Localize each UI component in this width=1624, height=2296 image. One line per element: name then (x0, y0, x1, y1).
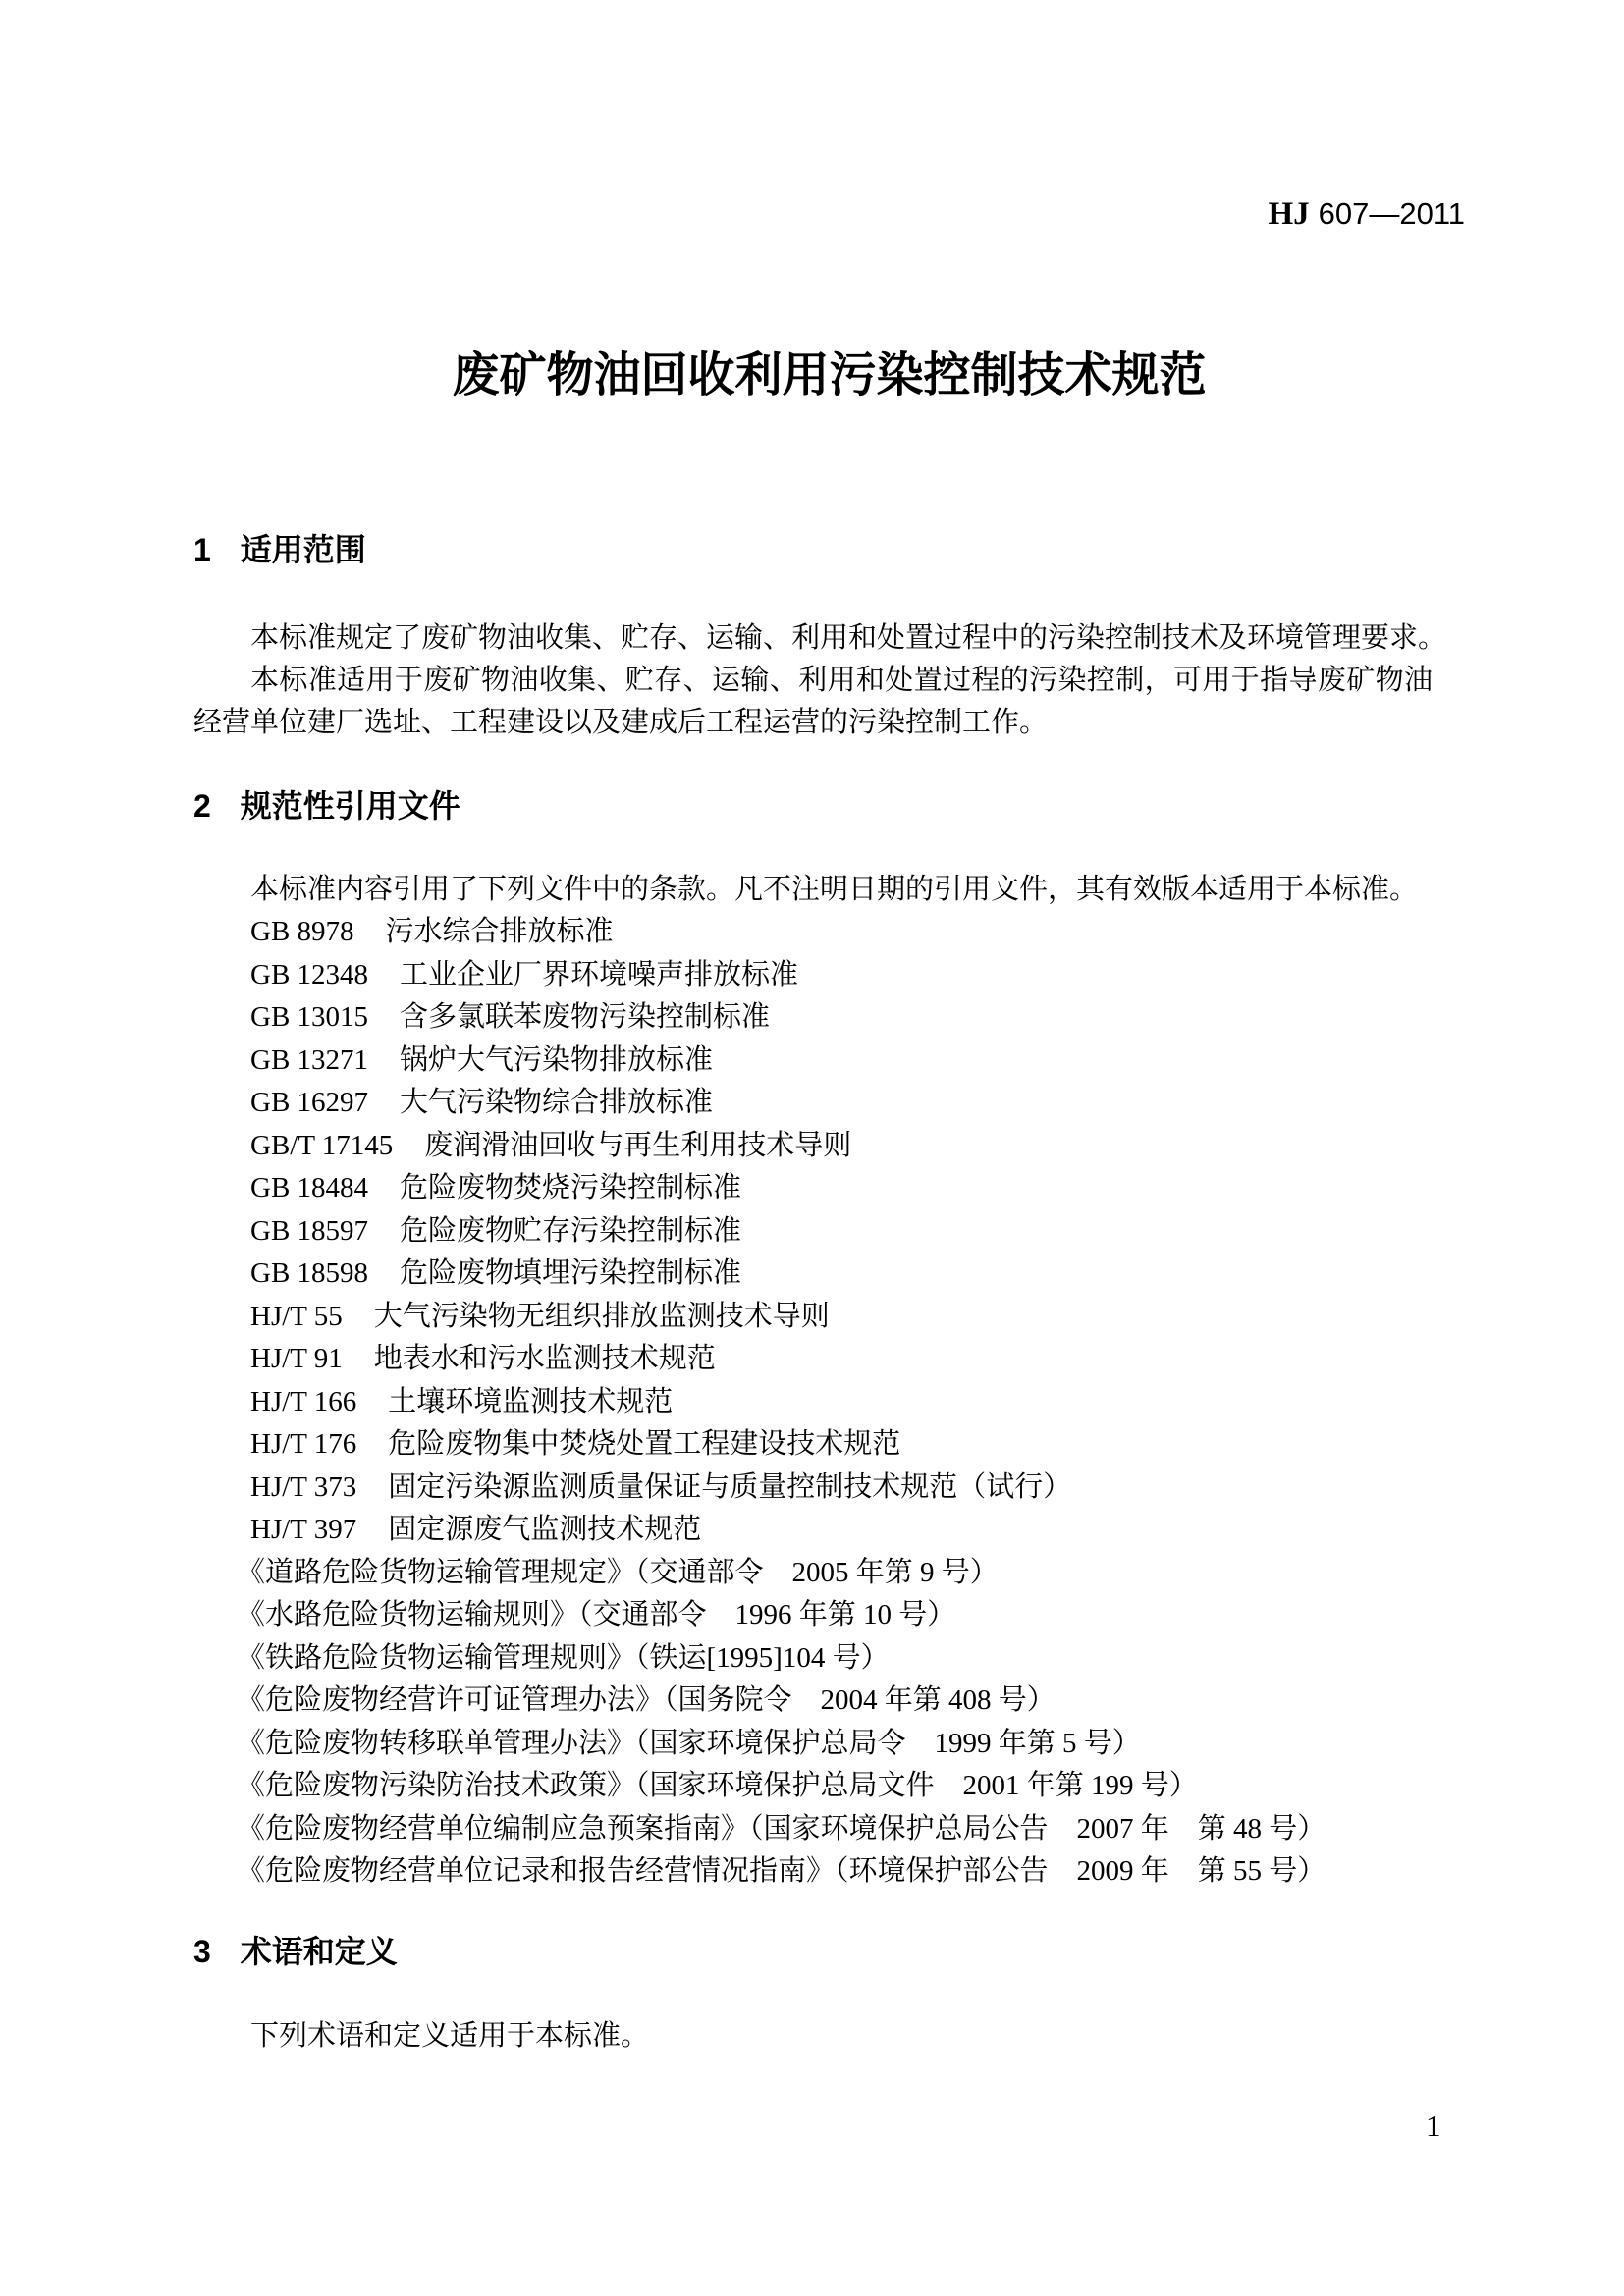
reference-item: GB 12348工业企业厂界环境噪声排放标准 (250, 954, 1588, 997)
reference-text: 《水路危险货物运输规则》（交通部令 1996 年第 10 号） (237, 1599, 955, 1630)
section-1-title: 适用范围 (241, 532, 366, 567)
reference-title: 含多氯联苯废物污染控制标准 (400, 1001, 770, 1033)
reference-code: HJ/T 397 (250, 1514, 356, 1545)
reference-title: 固定源废气监测技术规范 (388, 1514, 701, 1545)
reference-code: GB 8978 (250, 916, 354, 947)
reference-code: GB 13015 (250, 1001, 368, 1033)
standard-org-label: HJ (1268, 196, 1309, 232)
reference-title: 危险废物填埋污染控制标准 (400, 1257, 741, 1289)
section-3-heading: 3术语和定义 (193, 1933, 398, 1970)
reference-text: 《危险废物经营单位记录和报告经营情况指南》（环境保护部公告 2009 年 第 5… (237, 1855, 1326, 1887)
section-2-number: 2 (193, 788, 211, 824)
reference-item: GB 18598危险废物填埋污染控制标准 (250, 1253, 1588, 1296)
reference-title: 危险废物焚烧污染控制标准 (400, 1172, 741, 1203)
reference-item: 《危险废物经营单位记录和报告经营情况指南》（环境保护部公告 2009 年 第 5… (237, 1850, 1588, 1894)
document-page: HJ607—2011 废矿物油回收利用污染控制技术规范 1适用范围 本标准规定了… (0, 0, 1624, 2296)
reference-item: HJ/T 166土壤环境监测技术规范 (250, 1381, 1588, 1424)
reference-item: 《危险废物经营单位编制应急预案指南》（国家环境保护总局公告 2007 年 第 4… (237, 1808, 1588, 1851)
reference-item: HJ/T 176危险废物集中焚烧处置工程建设技术规范 (250, 1423, 1588, 1467)
reference-title: 大气污染物综合排放标准 (400, 1087, 713, 1118)
reference-item: HJ/T 397固定源废气监测技术规范 (250, 1509, 1588, 1552)
section-3-number: 3 (193, 1934, 211, 1969)
reference-item: 《危险废物转移联单管理办法》（国家环境保护总局令 1999 年第 5 号） (237, 1723, 1588, 1766)
page-number: 1 (1426, 2109, 1441, 2144)
reference-item: GB 8978污水综合排放标准 (250, 911, 1588, 954)
reference-item: GB 18597危险废物贮存污染控制标准 (250, 1210, 1588, 1254)
reference-item: GB 13271锅炉大气污染物排放标准 (250, 1040, 1588, 1083)
standard-code-header: HJ607—2011 (1268, 196, 1465, 233)
reference-text: 《道路危险货物运输管理规定》（交通部令 2005 年第 9 号） (237, 1557, 999, 1588)
reference-code: HJ/T 91 (250, 1343, 343, 1374)
reference-text: 《危险废物污染防治技术政策》（国家环境保护总局文件 2001 年第 199 号） (237, 1770, 1198, 1801)
reference-code: GB 18598 (250, 1257, 368, 1289)
reference-title: 危险废物贮存污染控制标准 (400, 1215, 741, 1247)
reference-code: GB 13271 (250, 1044, 368, 1076)
reference-code: HJ/T 176 (250, 1428, 356, 1460)
reference-text: 《铁路危险货物运输管理规则》（铁运[1995]104 号） (237, 1642, 890, 1674)
reference-title: 地表水和污水监测技术规范 (374, 1343, 716, 1374)
reference-code: GB/T 17145 (250, 1130, 393, 1161)
section-2-title: 规范性引用文件 (241, 788, 460, 824)
section-3-paragraph: 下列术语和定义适用于本标准。 (193, 2015, 1466, 2057)
reference-code: GB 16297 (250, 1087, 368, 1118)
reference-item: 《铁路危险货物运输管理规则》（铁运[1995]104 号） (237, 1637, 1588, 1681)
reference-title: 固定污染源监测质量保证与质量控制技术规范（试行） (388, 1471, 1071, 1503)
section-2-intro-paragraph: 本标准内容引用了下列文件中的条款。凡不注明日期的引用文件，其有效版本适用于本标准… (193, 869, 1466, 911)
reference-text: 《危险废物经营单位编制应急预案指南》（国家环境保护总局公告 2007 年 第 4… (237, 1813, 1326, 1844)
reference-item: HJ/T 55大气污染物无组织排放监测技术导则 (250, 1296, 1588, 1339)
reference-code: HJ/T 166 (250, 1386, 356, 1417)
reference-item: 《危险废物经营许可证管理办法》（国务院令 2004 年第 408 号） (237, 1680, 1588, 1723)
reference-item: 《道路危险货物运输管理规定》（交通部令 2005 年第 9 号） (237, 1552, 1588, 1595)
reference-title: 工业企业厂界环境噪声排放标准 (400, 959, 798, 990)
reference-title: 土壤环境监测技术规范 (388, 1386, 673, 1417)
document-title: 废矿物油回收利用污染控制技术规范 (193, 348, 1465, 403)
section-1-heading: 1适用范围 (193, 531, 366, 568)
reference-title: 大气污染物无组织排放监测技术导则 (374, 1301, 830, 1332)
reference-item: HJ/T 91地表水和污水监测技术规范 (250, 1338, 1588, 1381)
reference-title: 危险废物集中焚烧处置工程建设技术规范 (388, 1428, 900, 1460)
reference-item: HJ/T 373固定污染源监测质量保证与质量控制技术规范（试行） (250, 1467, 1588, 1510)
section-3-title: 术语和定义 (241, 1934, 398, 1969)
reference-title: 锅炉大气污染物排放标准 (400, 1044, 713, 1076)
reference-code: GB 12348 (250, 959, 368, 990)
reference-code: GB 18597 (250, 1215, 368, 1247)
reference-title: 污水综合排放标准 (386, 916, 614, 947)
reference-item: GB/T 17145废润滑油回收与再生利用技术导则 (250, 1125, 1588, 1168)
standard-number-label: 607—2011 (1319, 196, 1465, 231)
section-1-paragraph-2: 本标准适用于废矿物油收集、贮存、运输、利用和处置过程的污染控制，可用于指导废矿物… (193, 660, 1433, 744)
references-list: GB 8978污水综合排放标准 GB 12348工业企业厂界环境噪声排放标准 G… (193, 911, 1588, 1894)
reference-item: 《危险废物污染防治技术政策》（国家环境保护总局文件 2001 年第 199 号） (237, 1765, 1588, 1808)
section-1-paragraph-1: 本标准规定了废矿物油收集、贮存、运输、利用和处置过程中的污染控制技术及环境管理要… (193, 617, 1466, 660)
reference-code: HJ/T 55 (250, 1301, 343, 1332)
reference-item: GB 13015含多氯联苯废物污染控制标准 (250, 996, 1588, 1040)
reference-item: GB 18484危险废物焚烧污染控制标准 (250, 1167, 1588, 1210)
reference-text: 《危险废物经营许可证管理办法》（国务院令 2004 年第 408 号） (237, 1684, 1056, 1716)
section-2-heading: 2规范性引用文件 (193, 787, 460, 825)
reference-title: 废润滑油回收与再生利用技术导则 (424, 1130, 851, 1161)
reference-item: GB 16297大气污染物综合排放标准 (250, 1082, 1588, 1125)
reference-code: GB 18484 (250, 1172, 368, 1203)
section-1-number: 1 (193, 532, 211, 567)
reference-code: HJ/T 373 (250, 1471, 356, 1503)
reference-text: 《危险废物转移联单管理办法》（国家环境保护总局令 1999 年第 5 号） (237, 1728, 1141, 1759)
reference-item: 《水路危险货物运输规则》（交通部令 1996 年第 10 号） (237, 1594, 1588, 1637)
